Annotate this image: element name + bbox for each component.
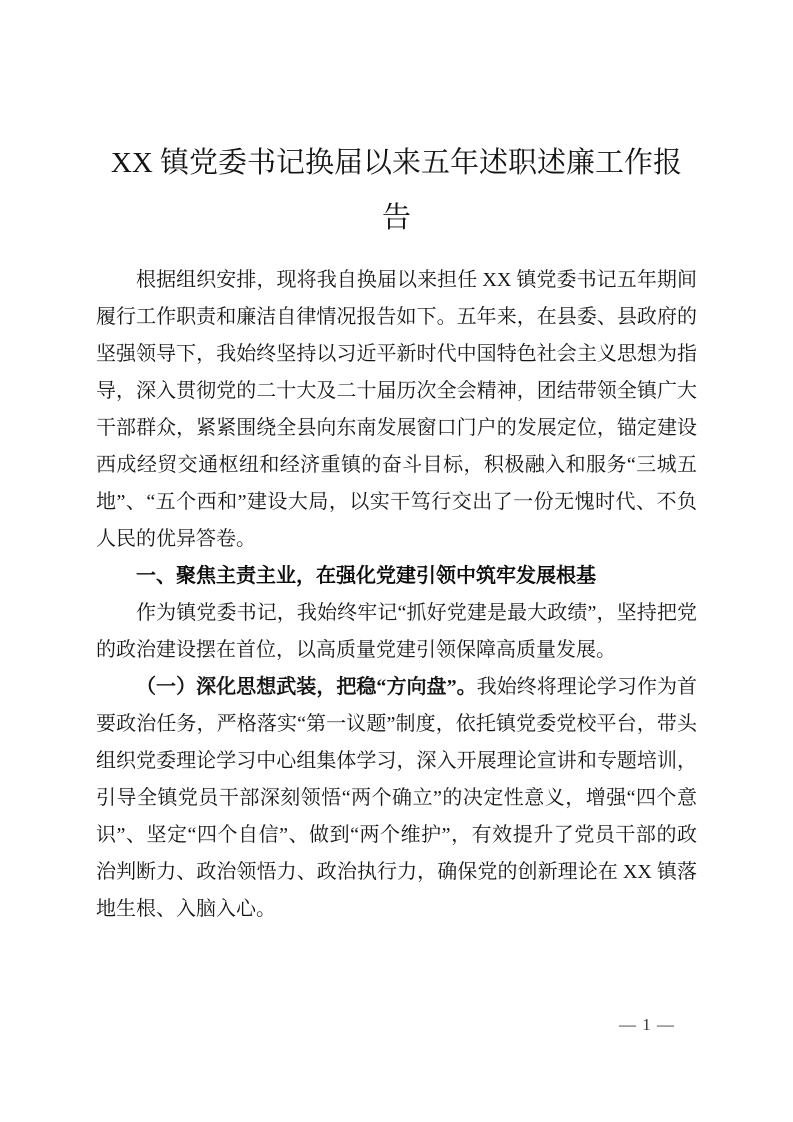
paragraph: 根据组织安排，现将我自换届以来担任 XX 镇党委书记五年期间履行工作职责和廉洁自… [96,262,697,558]
text-run: 根据组织安排，现将我自换届以来担任 XX 镇党委书记五年期间履行工作职责和廉洁自… [96,269,697,550]
document-title: XX 镇党委书记换届以来五年述职述廉工作报告 [107,136,687,246]
paragraph: （一）深化思想武装，把稳“方向盘”。我始终将理论学习作为首要政治任务，严格落实“… [96,669,697,928]
section-heading: 一、聚焦主责主业，在强化党建引领中筑牢发展根基 [96,558,697,595]
text-run: 一、聚焦主责主业，在强化党建引领中筑牢发展根基 [136,565,596,587]
document-body: 根据组织安排，现将我自换届以来担任 XX 镇党委书记五年期间履行工作职责和廉洁自… [96,262,697,928]
text-run: 作为镇党委书记，我始终牢记“抓好党建是最大政绩”，坚持把党的政治建设摆在首位，以… [96,602,697,661]
page-number: — 1 — [619,1012,675,1038]
text-run: 我始终将理论学习作为首要政治任务，严格落实“第一议题”制度，依托镇党委党校平台，… [96,676,697,920]
paragraph: 作为镇党委书记，我始终牢记“抓好党建是最大政绩”，坚持把党的政治建设摆在首位，以… [96,595,697,669]
text-run: （一）深化思想武装，把稳“方向盘”。 [136,676,477,698]
document-page: XX 镇党委书记换届以来五年述职述廉工作报告 根据组织安排，现将我自换届以来担任… [0,0,793,1122]
